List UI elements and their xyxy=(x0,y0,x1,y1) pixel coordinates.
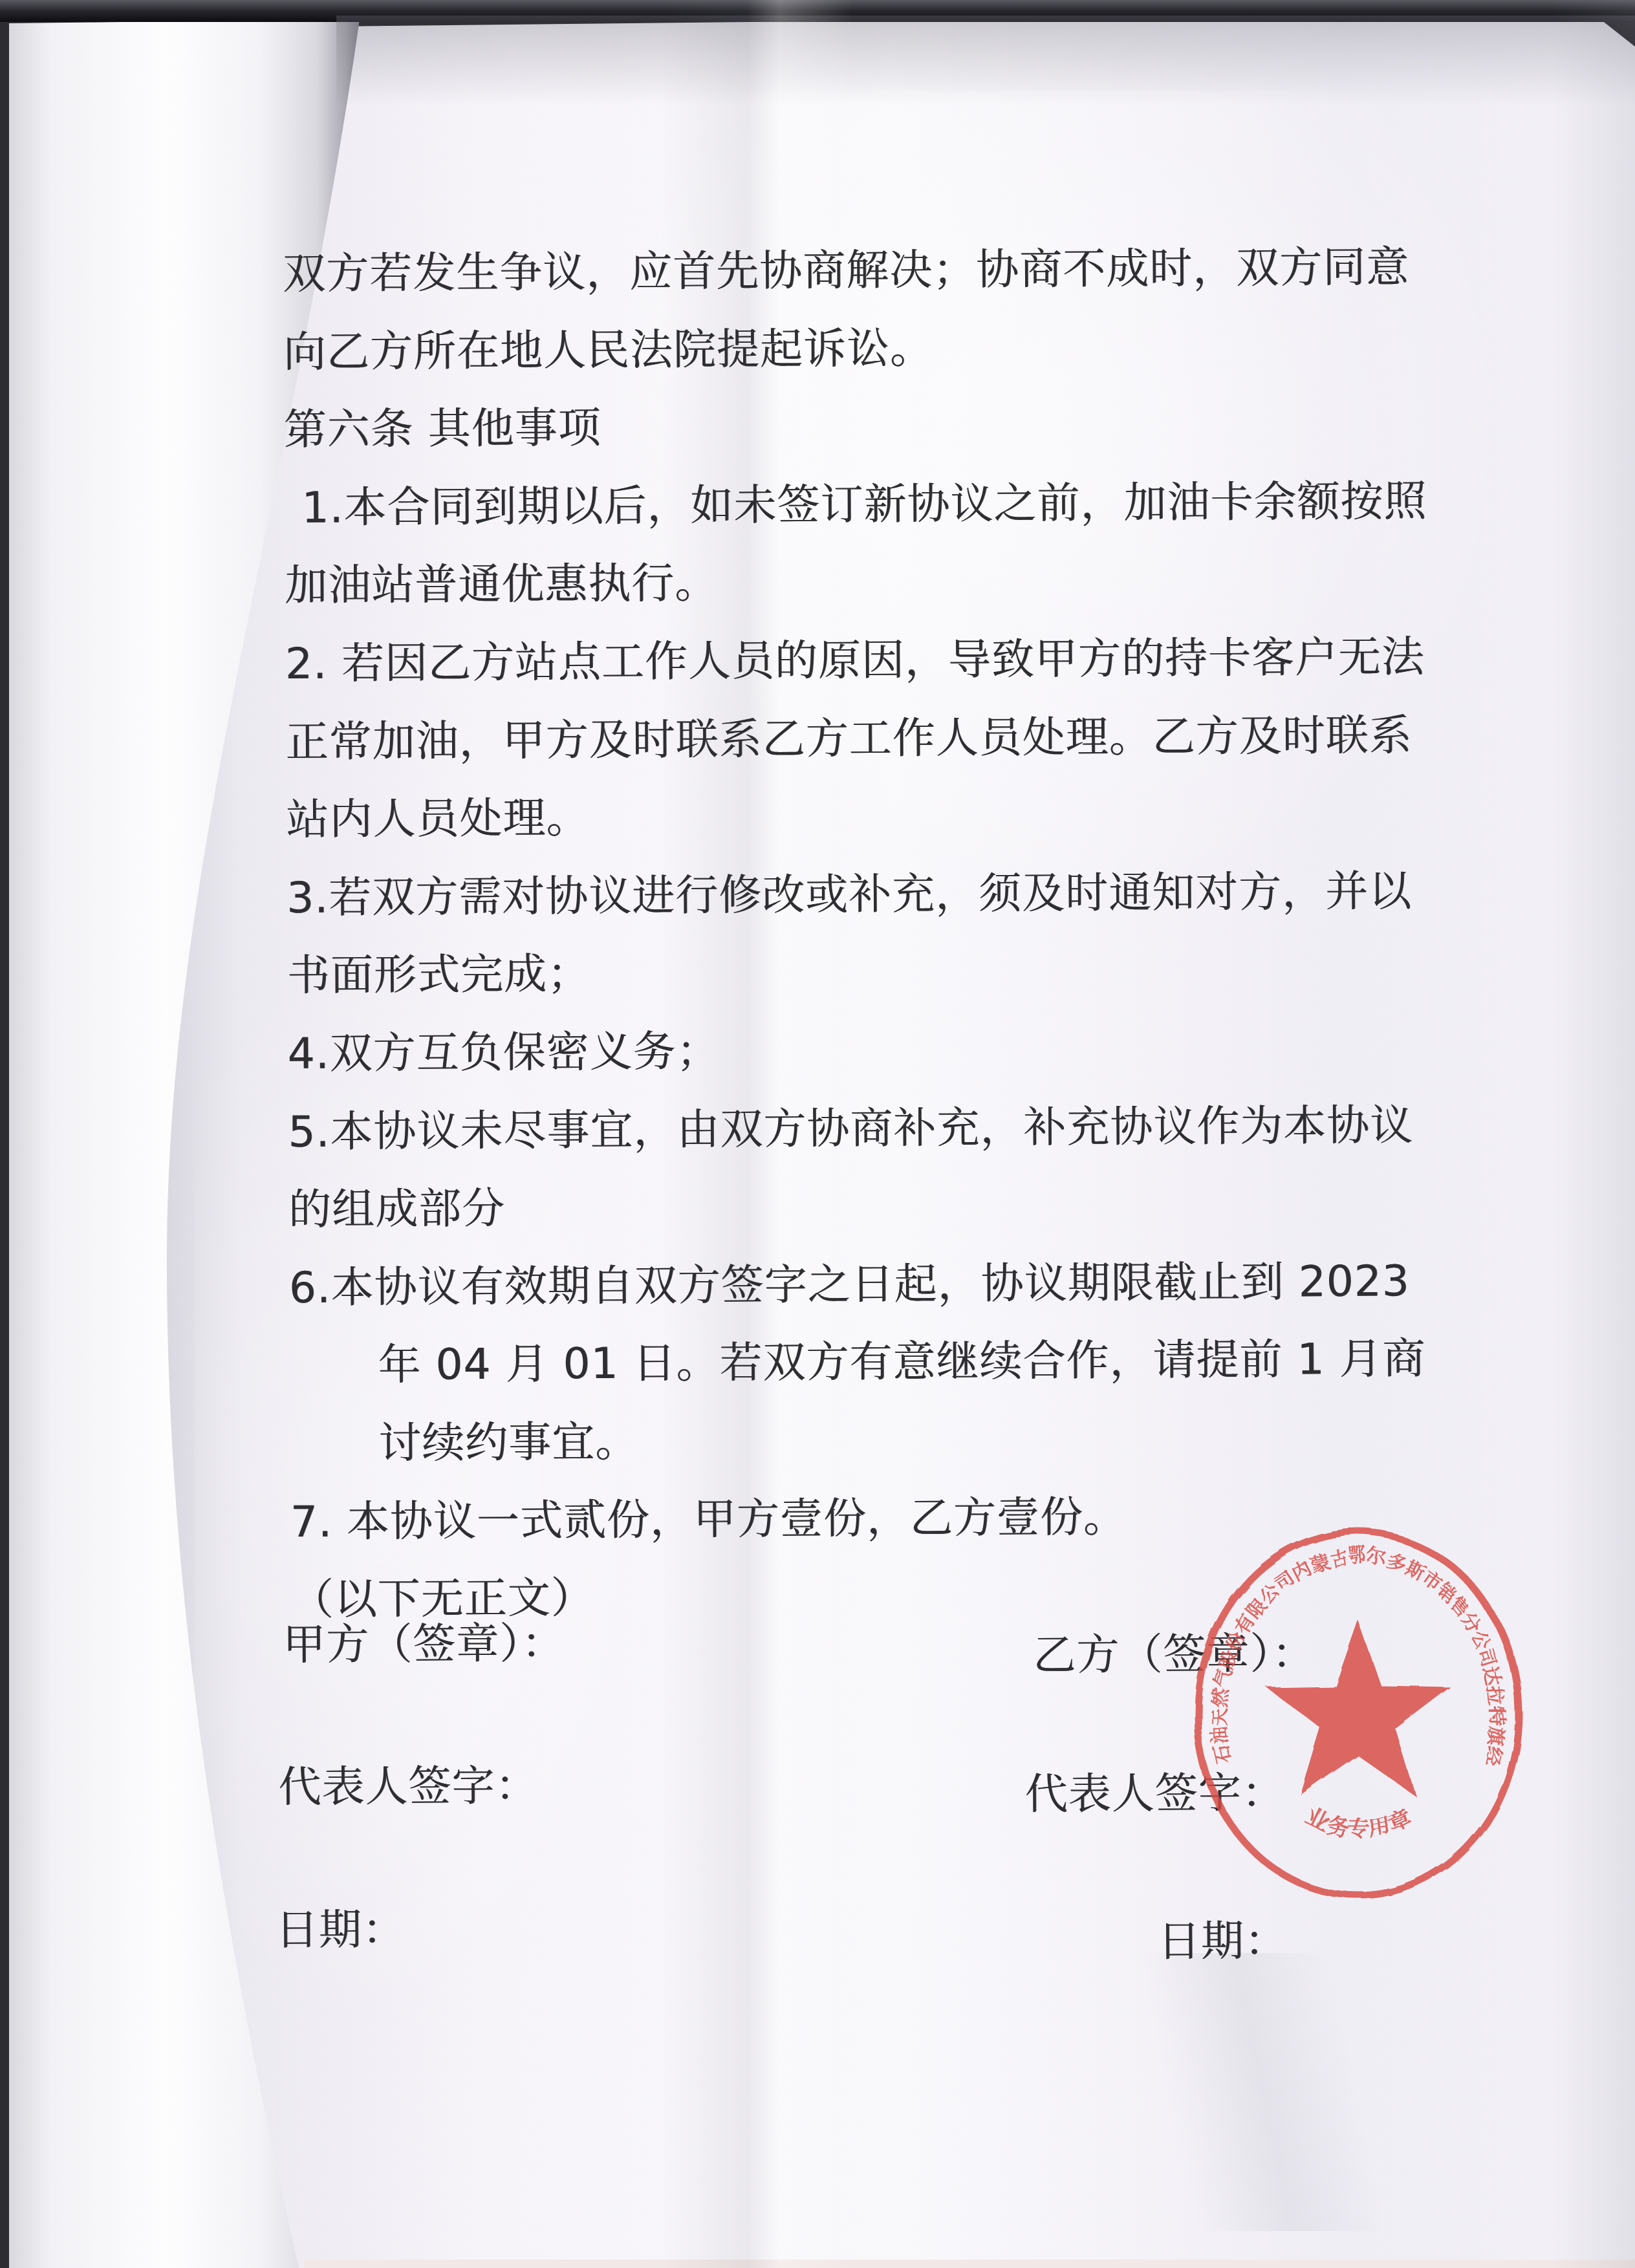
body-line: 讨续约事宜。 xyxy=(378,1407,639,1470)
body-line: 5.本协议未尽事宜，由双方协商补充，补充协议作为本协议 xyxy=(288,1090,1414,1159)
party-a-representative-signature-label: 代表人签字： xyxy=(278,1751,539,1814)
body-line: 正常加油，甲方及时联系乙方工作人员处理。乙方及时联系 xyxy=(285,700,1413,769)
body-line: 4.双方互负保密义务； xyxy=(287,1017,720,1081)
party-b-date-label: 日期： xyxy=(1158,1906,1288,1968)
body-line: 3.若双方需对协议进行修改或补充，须及时通知对方，并以 xyxy=(287,856,1413,925)
party-b-seal-label: 乙方（签章）： xyxy=(1033,1619,1316,1682)
body-line: 2. 若因乙方站点工作人员的原因，导致甲方的持卡客户无法 xyxy=(285,622,1425,691)
body-line: 向乙方所在地人民法院提起诉讼。 xyxy=(283,314,934,379)
body-line: 年 04 月 01 日。若双方有意继续合作，请提前 1 月商 xyxy=(378,1324,1425,1392)
contract-text: 双方若发生争议，应首先协商解决；协商不成时，双方同意向乙方所在地人民法院提起诉讼… xyxy=(0,0,1635,2268)
party-a-seal-label: 甲方（签章）： xyxy=(283,1608,565,1672)
body-line: 双方若发生争议，应首先协商解决；协商不成时，双方同意 xyxy=(283,232,1410,301)
scanned-page: 双方若发生争议，应首先协商解决；协商不成时，双方同意向乙方所在地人民法院提起诉讼… xyxy=(0,0,1635,2268)
party-a-date-label: 日期： xyxy=(276,1895,406,1957)
body-line: 6.本协议有效期自双方签字之日起，协议期限截止到 2023 xyxy=(288,1246,1409,1315)
body-line: 1.本合同到期以后，如未签订新协议之前，加油卡余额按照 xyxy=(301,466,1427,535)
party-b-representative-signature-label: 代表人签字： xyxy=(1024,1758,1285,1821)
body-line: 第六条 其他事项 xyxy=(283,393,601,457)
body-line: 7. 本协议一式贰份，甲方壹份，乙方壹份。 xyxy=(290,1482,1127,1549)
body-line: 书面形式完成； xyxy=(287,939,590,1002)
body-line: 的组成部分 xyxy=(288,1174,506,1237)
body-line: 站内人员处理。 xyxy=(286,783,590,847)
body-line: 加油站普通优惠执行。 xyxy=(285,548,719,612)
